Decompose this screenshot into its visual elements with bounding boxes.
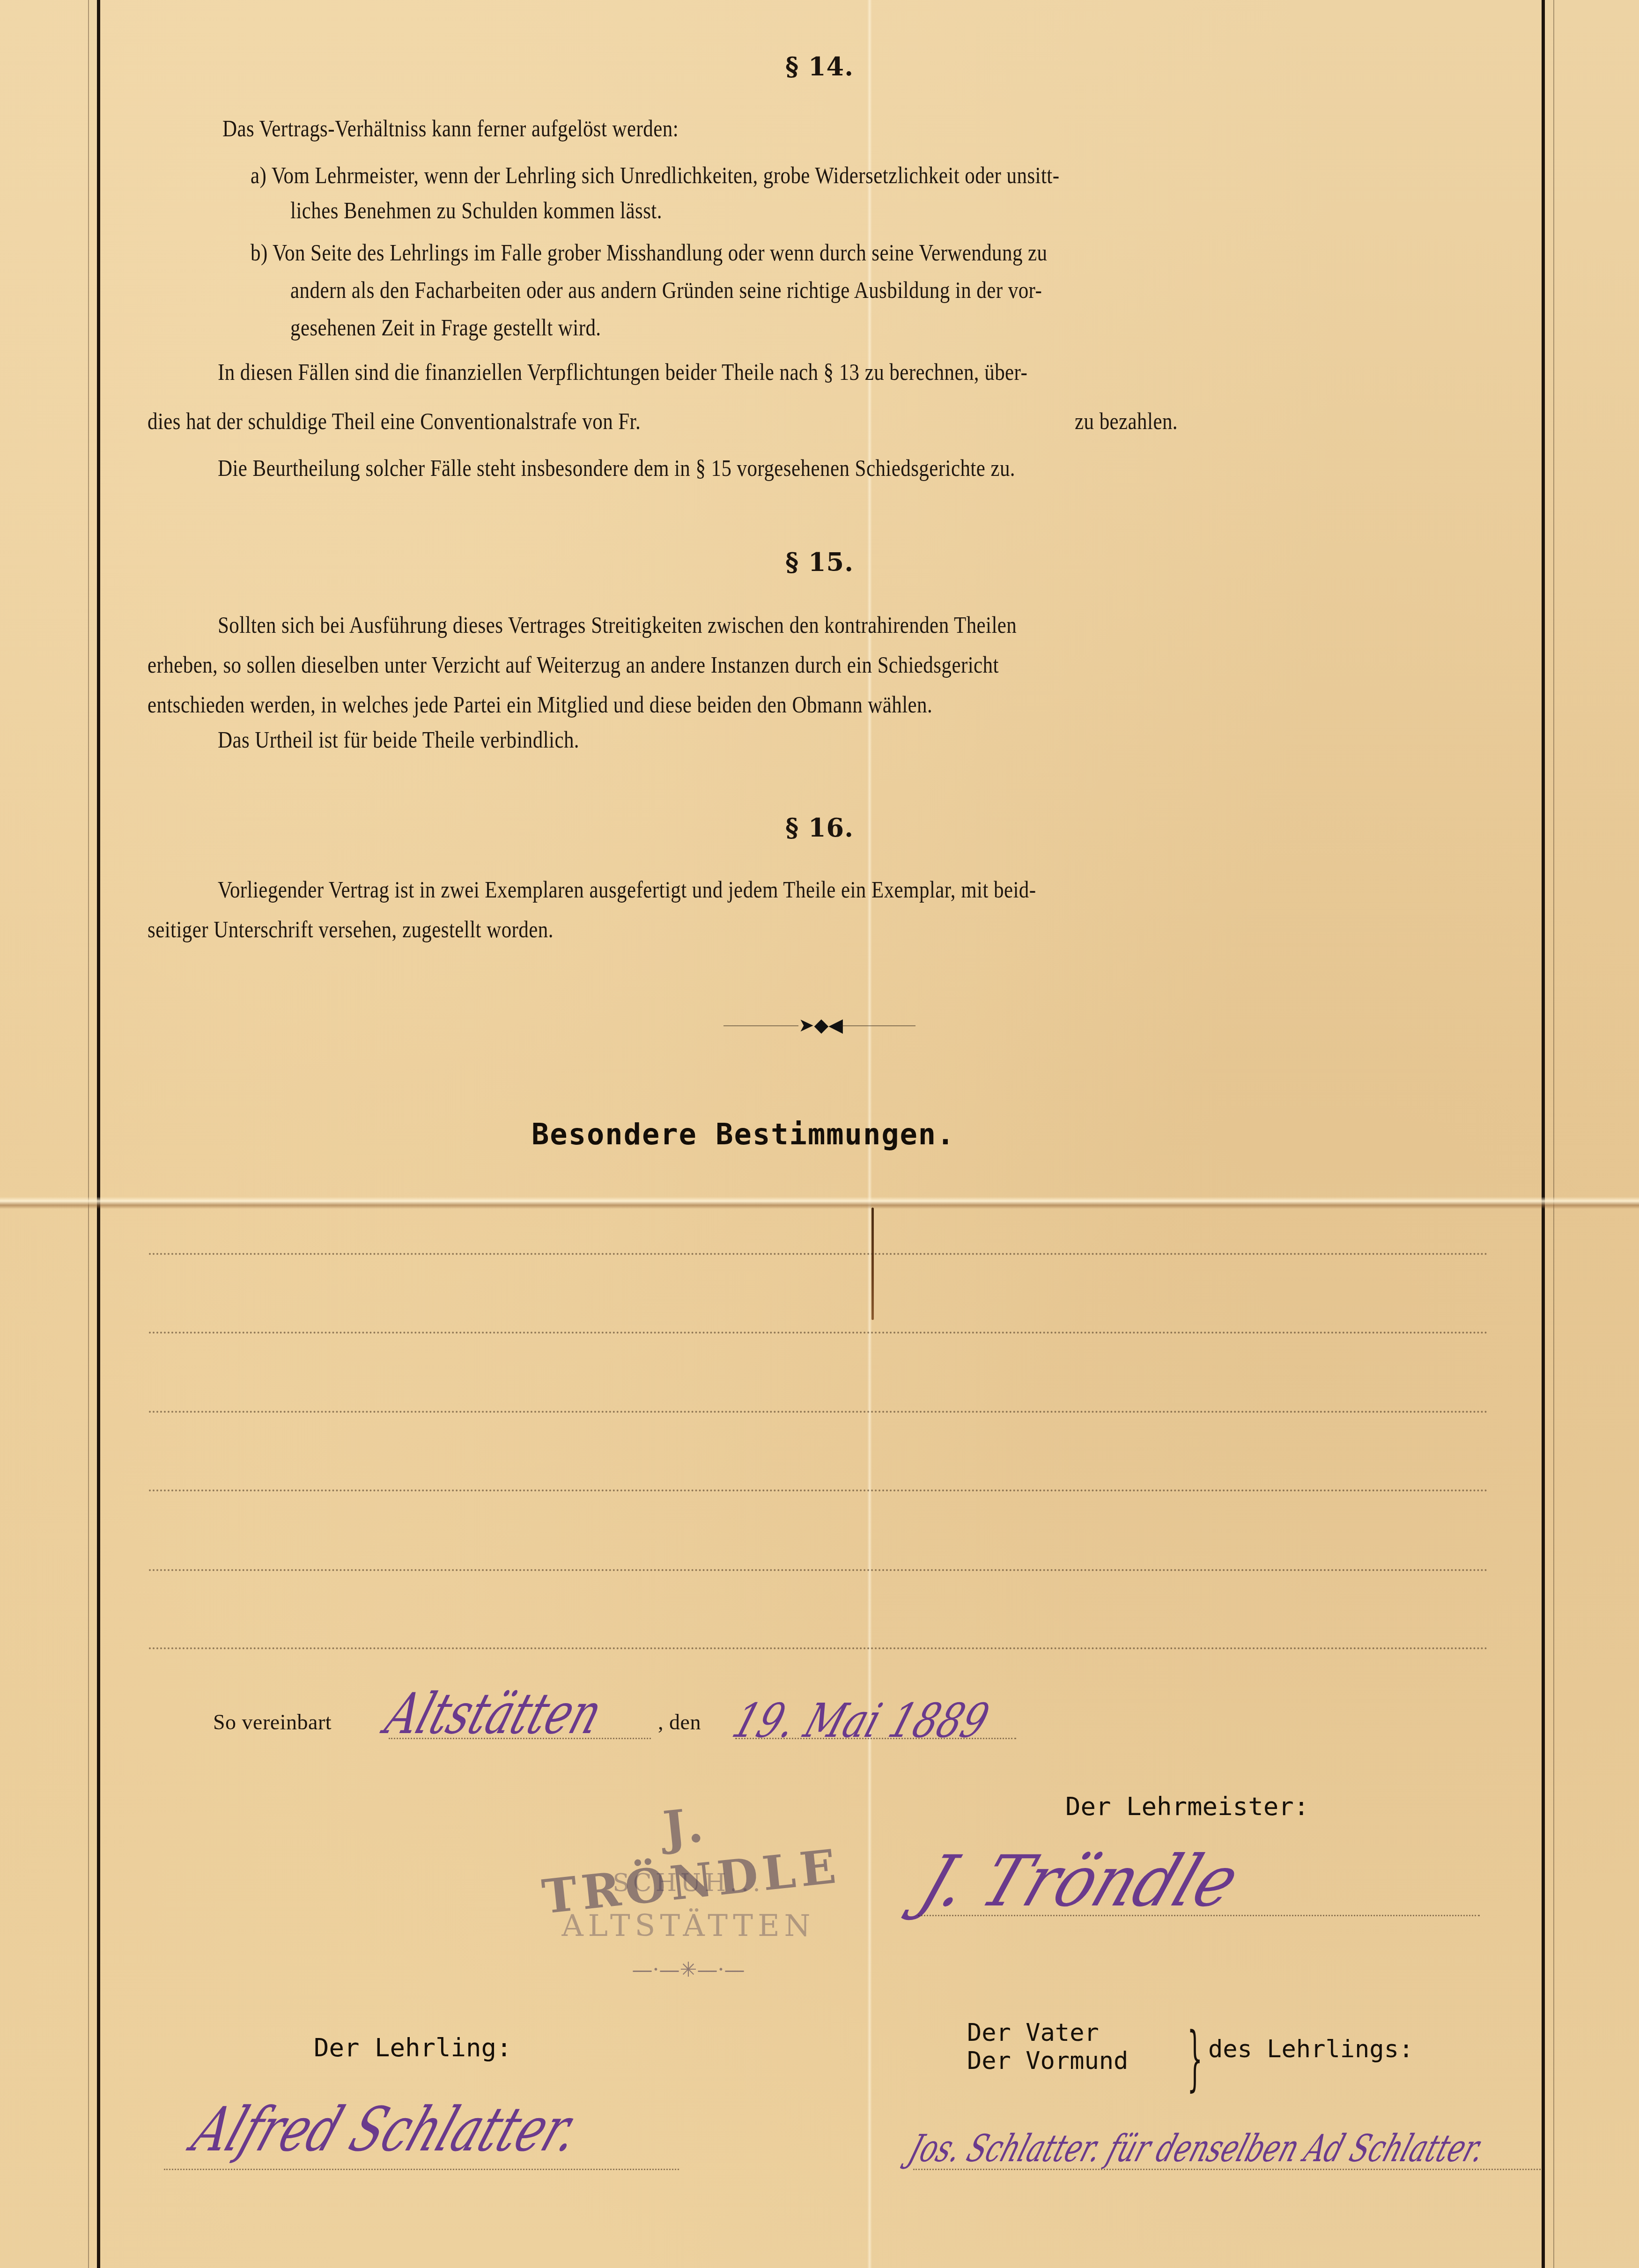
- agreement-prefix: So vereinbart: [213, 1710, 332, 1734]
- blank-provision-line[interactable]: [149, 1332, 1488, 1334]
- blank-provision-line[interactable]: [149, 1411, 1488, 1413]
- stamp-trade: SCHUH...: [520, 1869, 857, 1897]
- text-line: andern als den Facharbeiten oder aus and…: [290, 276, 1042, 304]
- section-heading-16: § 16.: [0, 813, 1639, 843]
- master-signature: J. Tröndle: [910, 1841, 1249, 1922]
- section-heading-14: § 14.: [0, 52, 1639, 82]
- guardian-label-father: Der Vater: [967, 2019, 1099, 2047]
- divider-ornament: ➤◆◀: [724, 1020, 915, 1031]
- ornament-glyph-icon: ➤◆◀: [798, 1015, 841, 1036]
- text-line: liches Benehmen zu Schulden kommen lässt…: [290, 197, 662, 224]
- text-line: In diesen Fällen sind die finanziellen V…: [218, 358, 1027, 385]
- apprentice-label: Der Lehrling:: [314, 2033, 512, 2062]
- stamp-name: J. TRÖNDLE: [515, 1781, 862, 1927]
- text-line: entschieden werden, in welches jede Part…: [148, 691, 932, 718]
- master-signature-line[interactable]: [918, 1915, 1480, 1916]
- text-line: gesehenen Zeit in Frage gestellt wird.: [290, 314, 601, 341]
- blank-provision-line[interactable]: [149, 1490, 1488, 1491]
- apprentice-signature-line[interactable]: [164, 2169, 679, 2170]
- place-field-line[interactable]: [389, 1738, 651, 1739]
- blank-provision-line[interactable]: [149, 1647, 1488, 1649]
- handwritten-place: Altstätten: [378, 1682, 610, 1747]
- guardian-signature-line[interactable]: [913, 2169, 1541, 2170]
- text-line: erheben, so sollen dieselben unter Verzi…: [148, 651, 999, 678]
- text-line: zu bezahlen.: [1075, 408, 1178, 435]
- ornament-line-left: [724, 1025, 798, 1026]
- text-line: a) Vom Lehrmeister, wenn der Lehrling si…: [251, 162, 1059, 189]
- left-border-thin-rule: [88, 0, 89, 2268]
- stamp-star-icon: —·—✳—·—: [520, 1958, 857, 1982]
- blank-provision-line[interactable]: [149, 1253, 1488, 1255]
- text-line: Das Urtheil ist für beide Theile verbind…: [218, 726, 579, 753]
- blank-provision-line[interactable]: [149, 1569, 1488, 1571]
- guardian-label-suffix: des Lehrlings:: [1208, 2035, 1413, 2063]
- brace-icon: }: [1187, 2023, 1203, 2094]
- left-border-thick-rule: [97, 0, 100, 2268]
- stamp-town: ALTSTÄTTEN: [520, 1909, 857, 1943]
- text-line: b) Von Seite des Lehrlings im Falle grob…: [251, 239, 1047, 266]
- date-prefix: , den: [658, 1710, 701, 1734]
- guardian-signature: Jos. Schlatter. für denselben Ad Schlatt…: [904, 2127, 1491, 2170]
- master-label: Der Lehrmeister:: [1065, 1792, 1309, 1821]
- handwritten-date: 19. Mai 1889: [726, 1693, 996, 1748]
- paper-tear: [871, 1208, 874, 1320]
- text-line: Die Beurtheilung solcher Fälle steht ins…: [218, 454, 1015, 482]
- company-stamp: J. TRÖNDLE SCHUH... ALTSTÄTTEN —·—✳—·—: [520, 1780, 857, 1986]
- text-line: Das Vertrags-Verhältniss kann ferner auf…: [222, 115, 679, 142]
- right-border-thick-rule: [1542, 0, 1545, 2268]
- text-line: Vorliegender Vertrag ist in zwei Exempla…: [218, 876, 1036, 903]
- section-heading-15: § 15.: [0, 547, 1639, 577]
- text-line: seitiger Unterschrift versehen, zugestel…: [148, 916, 554, 943]
- special-provisions-title: Besondere Bestimmungen.: [532, 1117, 955, 1151]
- apprentice-signature: Alfred Schlatter.: [184, 2094, 590, 2165]
- right-border-thin-rule: [1553, 0, 1554, 2268]
- date-field-line[interactable]: [735, 1738, 1016, 1739]
- horizontal-fold-crease: [0, 1197, 1639, 1209]
- ornament-line-right: [841, 1025, 915, 1026]
- text-line: Sollten sich bei Ausführung dieses Vertr…: [218, 611, 1017, 638]
- guardian-label-guardian: Der Vormund: [967, 2047, 1128, 2075]
- text-line: dies hat der schuldige Theil eine Conven…: [148, 408, 641, 435]
